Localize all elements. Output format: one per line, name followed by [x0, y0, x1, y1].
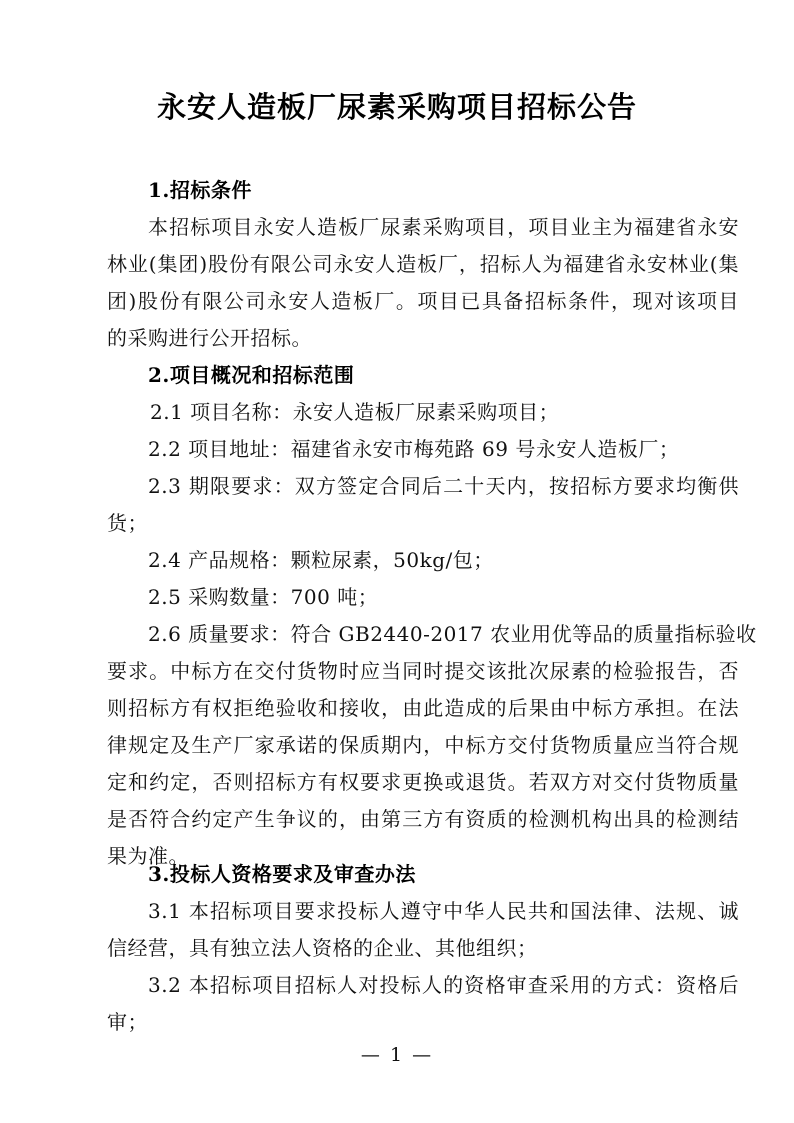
- item-3-2-cont: 审；: [107, 1004, 739, 1041]
- paragraph-line: 本招标项目永安人造板厂尿素采购项目，项目业主为福建省永安: [148, 209, 739, 246]
- item-3-1: 3.1 本招标项目要求投标人遵守中华人民共和国法律、法规、诚: [148, 893, 739, 930]
- section-heading-2: 2.项目概况和招标范围: [148, 357, 739, 394]
- item-2-3-cont: 货；: [107, 505, 739, 542]
- section-heading-3: 3.投标人资格要求及审查办法: [148, 856, 739, 893]
- document-page: 永安人造板厂尿素采购项目招标公告 1.招标条件 本招标项目永安人造板厂尿素采购项…: [0, 0, 794, 1123]
- section-heading-1: 1.招标条件: [148, 172, 739, 209]
- item-2-6-cont: 是否符合约定产生争议的，由第三方有资质的检测机构出具的检测结: [107, 801, 739, 838]
- item-2-5: 2.5 采购数量：700 吨；: [148, 579, 739, 616]
- item-2-1: 2.1 项目名称：永安人造板厂尿素采购项目；: [150, 394, 741, 431]
- paragraph-line: 林业(集团)股份有限公司永安人造板厂，招标人为福建省永安林业(集: [107, 246, 739, 283]
- item-3-2: 3.2 本招标项目招标人对投标人的资格审查采用的方式：资格后: [148, 967, 739, 1004]
- document-title: 永安人造板厂尿素采购项目招标公告: [0, 82, 794, 132]
- item-2-6-cont: 律规定及生产厂家承诺的保质期内，中标方交付货物质量应当符合规: [107, 727, 739, 764]
- item-2-6-cont: 要求。中标方在交付货物时应当同时提交该批次尿素的检验报告，否: [107, 653, 739, 690]
- item-2-6-cont: 则招标方有权拒绝验收和接收，由此造成的后果由中标方承担。在法: [107, 690, 739, 727]
- item-2-6: 2.6 质量要求：符合 GB2440-2017 农业用优等品的质量指标验收: [148, 616, 739, 653]
- item-2-2: 2.2 项目地址：福建省永安市梅苑路 69 号永安人造板厂；: [148, 431, 739, 468]
- paragraph-line: 的采购进行公开招标。: [107, 320, 739, 357]
- page-number: — 1 —: [0, 1040, 794, 1070]
- item-2-4: 2.4 产品规格：颗粒尿素，50kg/包；: [148, 542, 739, 579]
- item-2-6-cont: 定和约定，否则招标方有权要求更换或退货。若双方对交付货物质量: [107, 764, 739, 801]
- item-2-3: 2.3 期限要求：双方签定合同后二十天内，按招标方要求均衡供: [148, 468, 739, 505]
- paragraph-line: 团)股份有限公司永安人造板厂。项目已具备招标条件，现对该项目: [107, 283, 739, 320]
- item-3-1-cont: 信经营，具有独立法人资格的企业、其他组织；: [107, 930, 739, 967]
